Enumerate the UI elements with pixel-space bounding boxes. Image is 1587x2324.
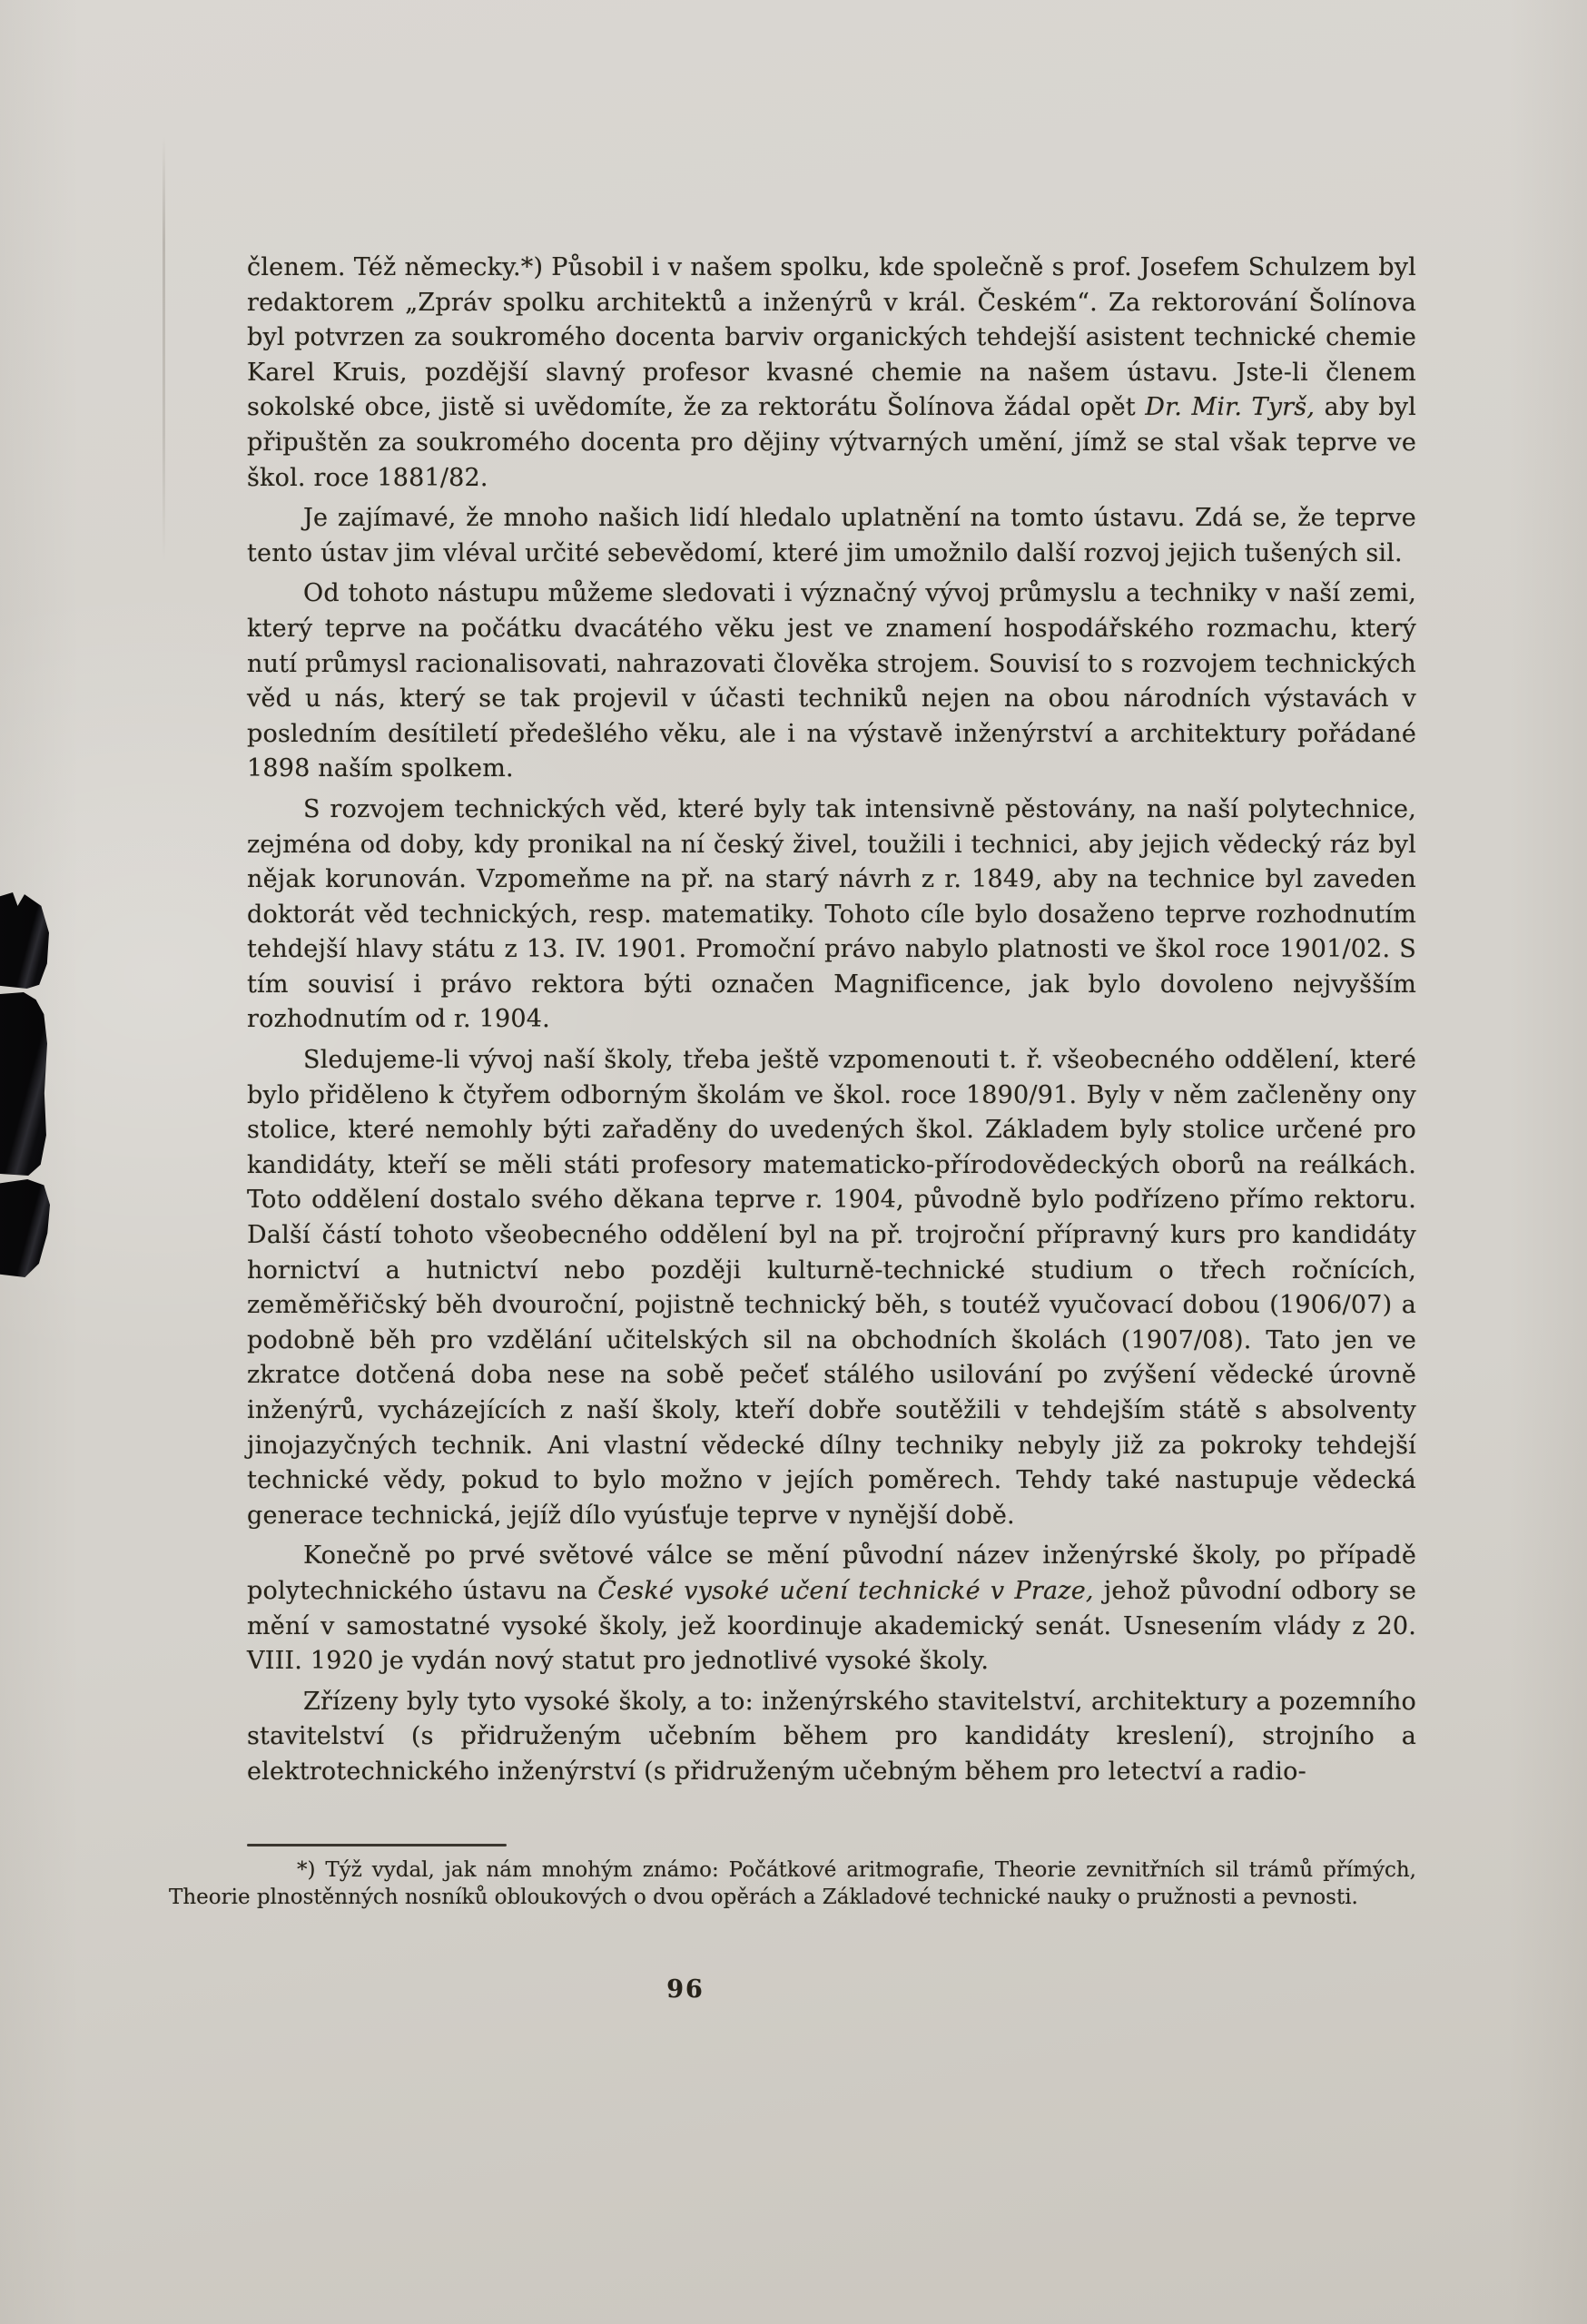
text-run: Je zajímavé, že mnoho našich lidí hledal…	[247, 504, 1416, 567]
binder-clip-segment	[0, 1179, 50, 1277]
text-run: *) Týž vydal, jak nám mnohým známo: Počá…	[169, 1858, 1416, 1909]
paragraph: Sledujeme-li vývoj naší školy, třeba ješ…	[247, 1043, 1416, 1533]
binder-clip-segment	[0, 992, 47, 1176]
paragraph: Je zajímavé, že mnoho našich lidí hledal…	[247, 501, 1416, 571]
paragraph: Konečně po prvé světové válce se mění pů…	[247, 1539, 1416, 1679]
footnote-text: *) Týž vydal, jak nám mnohým známo: Počá…	[169, 1857, 1416, 1911]
italic-text-run: České vysoké učení technické v Praze,	[597, 1577, 1093, 1605]
paragraph: *) Týž vydal, jak nám mnohým známo: Počá…	[169, 1857, 1416, 1911]
text-run: S rozvojem technických věd, které byly t…	[247, 795, 1416, 1034]
footnote-separator	[247, 1844, 507, 1846]
italic-text-run: Dr. Mir. Tyrš,	[1145, 393, 1315, 421]
paragraph: Od tohoto nástupu můžeme sledovati i výz…	[247, 576, 1416, 787]
paragraph: členem. Též německy.*) Působil i v našem…	[247, 251, 1416, 496]
page-number: 96	[636, 1975, 735, 2004]
paper-crease	[163, 136, 165, 563]
body-text: členem. Též německy.*) Působil i v našem…	[247, 251, 1416, 1796]
paragraph: Zřízeny byly tyto vysoké školy, a to: in…	[247, 1685, 1416, 1790]
text-run: Od tohoto nástupu můžeme sledovati i výz…	[247, 579, 1416, 783]
text-run: Sledujeme-li vývoj naší školy, třeba ješ…	[247, 1046, 1416, 1530]
book-page: členem. Též německy.*) Působil i v našem…	[0, 0, 1587, 2324]
text-run: Zřízeny byly tyto vysoké školy, a to: in…	[247, 1688, 1416, 1786]
paragraph: S rozvojem technických věd, které byly t…	[247, 793, 1416, 1038]
binder-clip-segment	[0, 892, 49, 989]
